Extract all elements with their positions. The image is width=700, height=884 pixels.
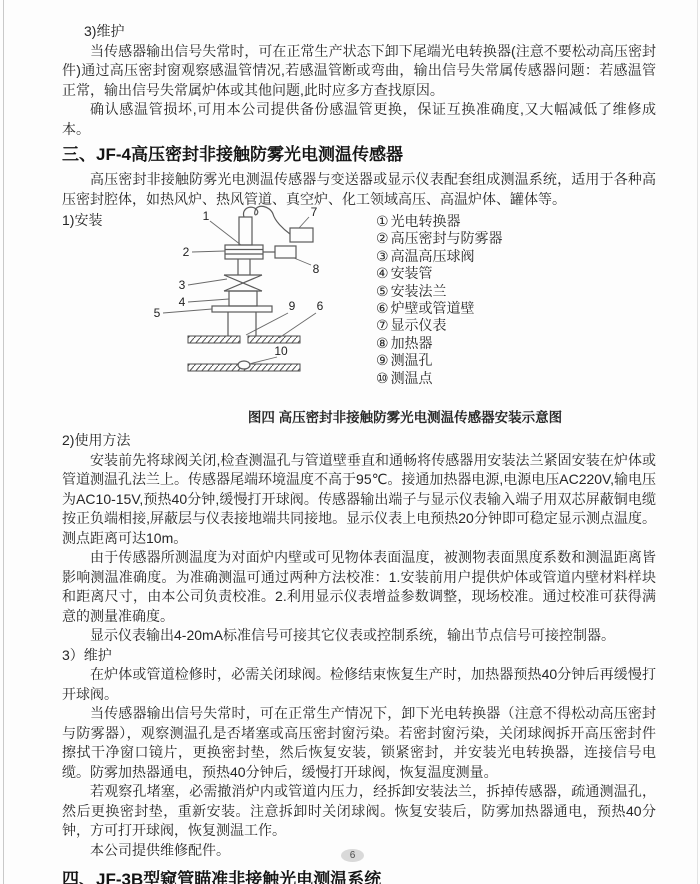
circled-number: ④ [376, 265, 389, 282]
legend-label: 安装法兰 [391, 283, 447, 299]
legend-label: 测温点 [391, 370, 433, 386]
section4-title: 四、JF-3B型窥管瞄准非接触光电测温系统 [62, 868, 656, 884]
maint-para1: 在炉体或管道检修时，必需关闭球阀。检修结束恢复生产时，加热器预热40分钟后再缓慢… [62, 665, 656, 704]
section3-intro: 高压密封非接触防雾光电测温传感器与变送器或显示仪表配套组成测温系统，适用于各种高… [62, 170, 656, 209]
part-label-7: 7 [311, 205, 318, 219]
part-label-10: 10 [274, 344, 288, 358]
legend-item: ⑤安装法兰 [376, 283, 503, 300]
legend-label: 测温孔 [391, 352, 433, 368]
legend-item: ⑦显示仪表 [376, 317, 503, 334]
legend-item: ⑨测温孔 [376, 352, 503, 369]
page-content: 3)维护 当传感器输出信号失常时，可在正常生产状态下卸下尾端光电转换器(注意不要… [0, 0, 700, 884]
page-footer: 6 [0, 846, 700, 866]
circled-number: ⑦ [376, 317, 389, 334]
part-label-2: 2 [183, 245, 190, 259]
circled-number: ⑩ [376, 370, 389, 387]
maintenance-top-para2: 确认感温管损坏,可用本公司提供备份感温管更换，保证互换准确度,又大幅减低了维修成… [62, 100, 656, 139]
circled-number: ⑤ [376, 283, 389, 300]
part-label-4: 4 [179, 295, 186, 309]
figure-four: 1)安装 [0, 211, 700, 407]
installation-diagram: 1 2 3 4 5 6 7 8 9 10 [128, 205, 340, 381]
section3-title: 三、JF-4高压密封非接触防雾光电测温传感器 [62, 143, 656, 167]
maintenance-top-label: 3)维护 [62, 22, 656, 42]
maint-para3: 若观察孔堵塞，必需撤消炉内或管道内压力，经拆卸安装法兰，拆掉传感器，疏通测温孔，… [62, 782, 656, 841]
part-label-9: 9 [289, 299, 296, 313]
figure-caption: 图四 高压密封非接触防雾光电测温传感器安装示意图 [62, 409, 656, 427]
legend-item: ⑧加热器 [376, 335, 503, 352]
install-label: 1)安装 [62, 211, 102, 231]
maintenance-label: 3）维护 [62, 646, 656, 666]
part-label-6: 6 [317, 299, 324, 313]
part-label-5: 5 [154, 306, 161, 320]
figure-legend: ①光电转换器 ②高压密封与防雾器 ③高温高压球阀 ④安装管 ⑤安装法兰 ⑥炉壁或… [376, 213, 503, 387]
maintenance-top-para1: 当传感器输出信号失常时，可在正常生产状态下卸下尾端光电转换器(注意不要松动高压密… [62, 42, 656, 101]
legend-item: ⑩测温点 [376, 370, 503, 387]
usage-para3: 显示仪表输出4-20mA标准信号可接其它仪表或控制系统，输出节点信号可接控制器。 [62, 626, 656, 646]
legend-label: 安装管 [391, 265, 433, 281]
circled-number: ③ [376, 248, 389, 265]
usage-label: 2)使用方法 [62, 431, 656, 451]
legend-label: 高压密封与防雾器 [391, 230, 503, 246]
legend-item: ①光电转换器 [376, 213, 503, 230]
circled-number: ⑨ [376, 352, 389, 369]
maint-para2: 当传感器输出信号失常时，可在正常生产情况下，卸下光电转换器（注意不得松动高压密封… [62, 704, 656, 782]
legend-item: ④安装管 [376, 265, 503, 282]
usage-para1: 安装前先将球阀关闭,检查测温孔与管道壁垂直和通畅将传感器用安装法兰紧固安装在炉体… [62, 451, 656, 549]
legend-item: ⑥炉壁或管道壁 [376, 300, 503, 317]
legend-label: 加热器 [391, 335, 433, 351]
legend-label: 高温高压球阀 [391, 248, 475, 264]
circled-number: ② [376, 230, 389, 247]
page-number-badge: 6 [341, 849, 364, 862]
diagram-shapes [188, 206, 313, 371]
part-label-8: 8 [313, 262, 320, 276]
legend-item: ③高温高压球阀 [376, 248, 503, 265]
part-label-1: 1 [203, 209, 210, 223]
circled-number: ⑥ [376, 300, 389, 317]
legend-label: 炉壁或管道壁 [391, 300, 475, 316]
legend-label: 光电转换器 [391, 213, 461, 229]
usage-para2: 由于传感器所测温度为对面炉内壁或可见物体表面温度，被测物表面黑度系数和测温距离皆… [62, 548, 656, 626]
legend-label: 显示仪表 [391, 317, 447, 333]
legend-item: ②高压密封与防雾器 [376, 230, 503, 247]
circled-number: ⑧ [376, 335, 389, 352]
circled-number: ① [376, 213, 389, 230]
part-label-3: 3 [179, 278, 186, 292]
